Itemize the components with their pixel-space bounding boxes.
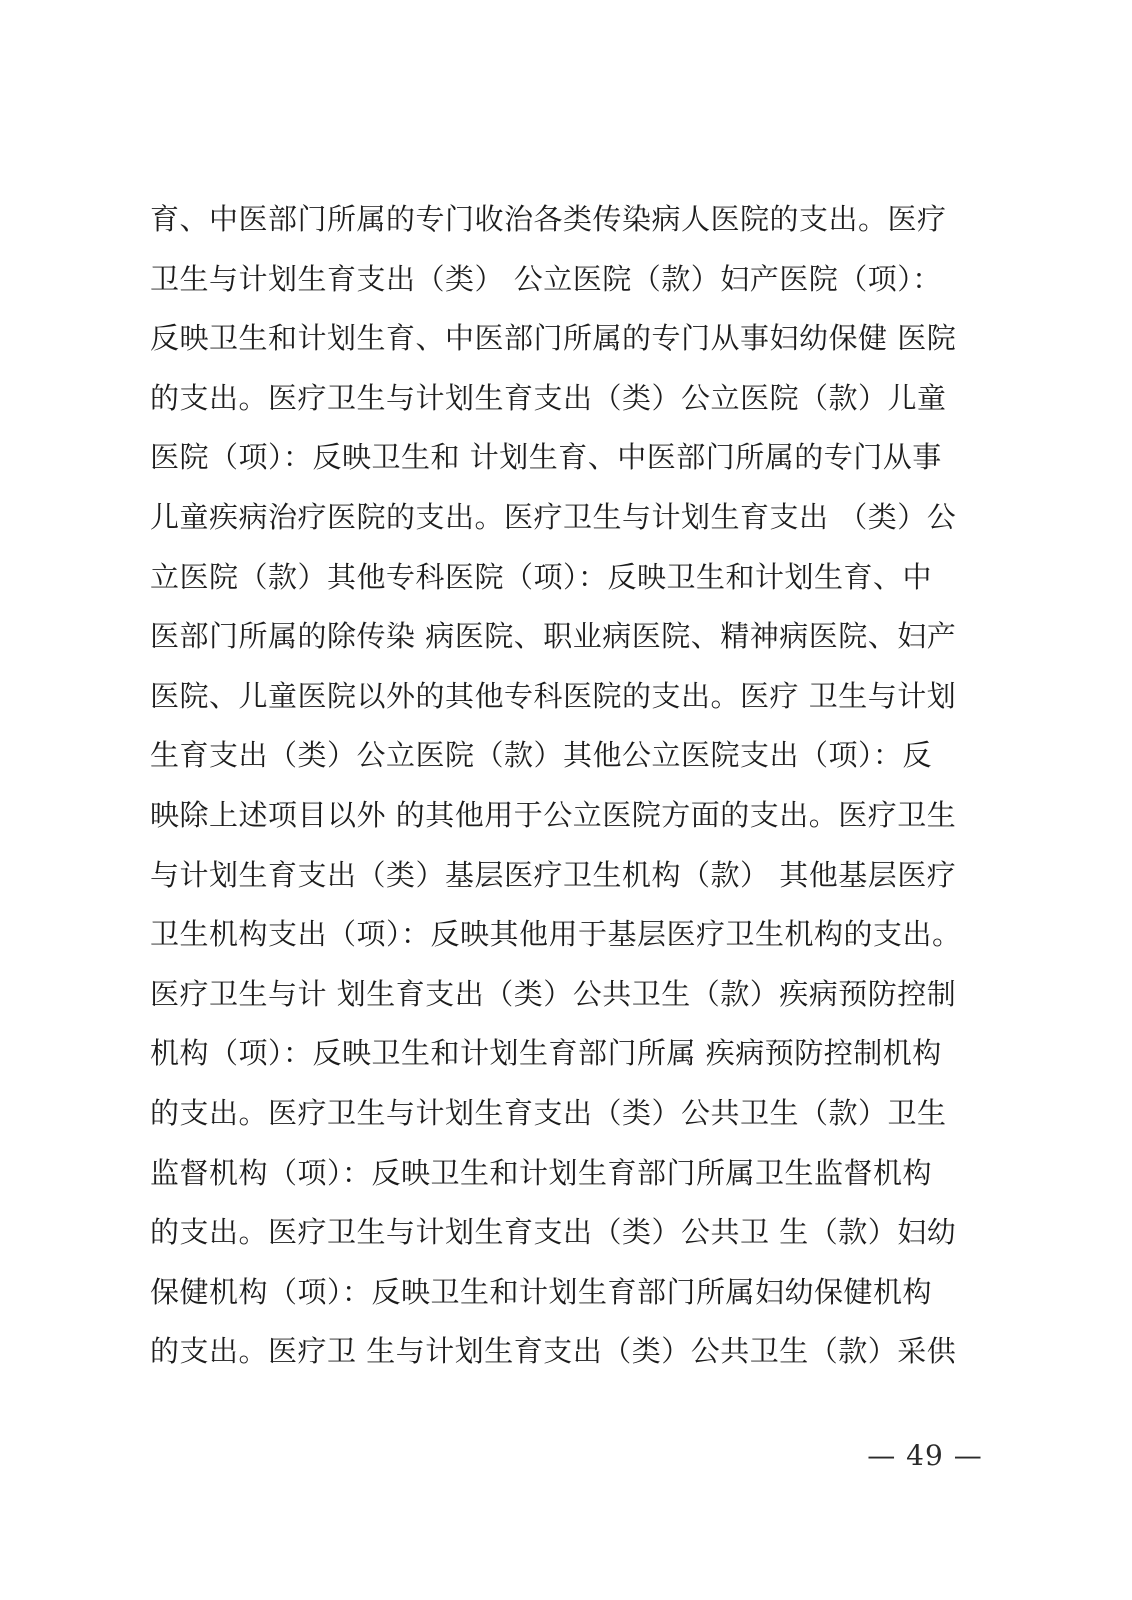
text-line: 映除上述项目以外 的其他用于公立医院方面的支出。医疗卫生 bbox=[150, 786, 968, 846]
page-number: — 49 — bbox=[860, 1438, 990, 1474]
text-line: 的支出。医疗卫 生与计划生育支出（类）公共卫生（款）采供 bbox=[150, 1322, 968, 1382]
text-line: 儿童疾病治疗医院的支出。医疗卫生与计划生育支出 （类）公 bbox=[150, 488, 968, 548]
text-line: 医院（项）：反映卫生和 计划生育、中医部门所属的专门从事 bbox=[150, 428, 968, 488]
text-line: 生育支出（类）公立医院（款）其他公立医院支出（项）：反 bbox=[150, 726, 968, 786]
text-line: 卫生与计划生育支出（类） 公立医院（款）妇产医院（项）： bbox=[150, 250, 968, 310]
text-line: 医疗卫生与计 划生育支出（类）公共卫生（款）疾病预防控制 bbox=[150, 965, 968, 1025]
body-text-block: 育、中医部门所属的专门收治各类传染病人医院的支出。医疗 卫生与计划生育支出（类）… bbox=[150, 190, 968, 1382]
text-line: 与计划生育支出（类）基层医疗卫生机构（款） 其他基层医疗 bbox=[150, 846, 968, 906]
text-line: 保健机构（项）：反映卫生和计划生育部门所属妇幼保健机构 bbox=[150, 1263, 968, 1323]
document-page: 育、中医部门所属的专门收治各类传染病人医院的支出。医疗 卫生与计划生育支出（类）… bbox=[0, 0, 1132, 1600]
text-line: 医院、儿童医院以外的其他专科医院的支出。医疗 卫生与计划 bbox=[150, 667, 968, 727]
text-line: 机构（项）：反映卫生和计划生育部门所属 疾病预防控制机构 bbox=[150, 1024, 968, 1084]
text-line: 的支出。医疗卫生与计划生育支出（类）公共卫 生（款）妇幼 bbox=[150, 1203, 968, 1263]
text-line: 监督机构（项）：反映卫生和计划生育部门所属卫生监督机构 bbox=[150, 1144, 968, 1204]
text-line: 育、中医部门所属的专门收治各类传染病人医院的支出。医疗 bbox=[150, 190, 968, 250]
text-line: 的支出。医疗卫生与计划生育支出（类）公立医院（款）儿童 bbox=[150, 369, 968, 429]
text-line: 医部门所属的除传染 病医院、职业病医院、精神病医院、妇产 bbox=[150, 607, 968, 667]
text-line: 的支出。医疗卫生与计划生育支出（类）公共卫生（款）卫生 bbox=[150, 1084, 968, 1144]
text-line: 反映卫生和计划生育、中医部门所属的专门从事妇幼保健 医院 bbox=[150, 309, 968, 369]
text-line: 立医院（款）其他专科医院（项）：反映卫生和计划生育、中 bbox=[150, 548, 968, 608]
text-line: 卫生机构支出（项）：反映其他用于基层医疗卫生机构的支出。 bbox=[150, 905, 968, 965]
